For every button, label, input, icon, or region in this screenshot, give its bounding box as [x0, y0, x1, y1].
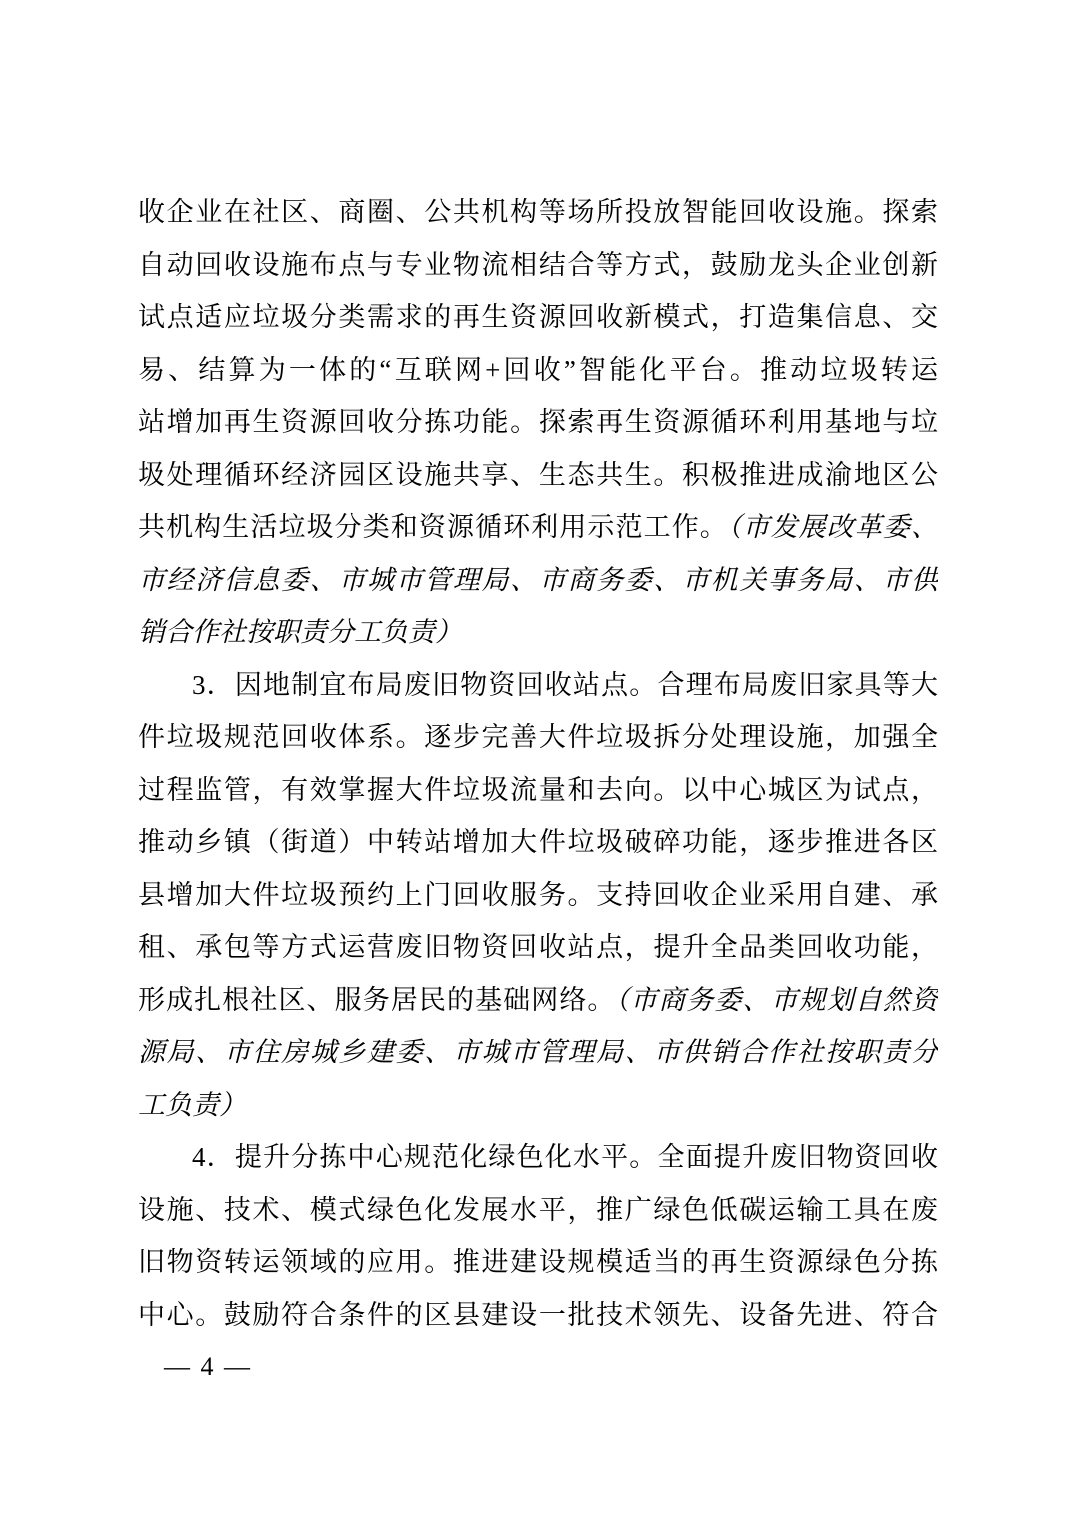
text-line: 试点适应垃圾分类需求的再生资源回收新模式，打造集信息、交 [138, 291, 938, 344]
department-annotation: （市商务委、市规划自然资 [616, 985, 938, 1015]
text-line: 易、结算为一体的“互联网+回收”智能化平台。推动垃圾转运 [138, 344, 938, 397]
body-text: 租、承包等方式运营废旧物资回收站点，提升全品类回收功能， [138, 932, 938, 962]
body-text: 设施、技术、模式绿色化发展水平，推广绿色低碳运输工具在废 [138, 1195, 938, 1225]
body-text: 4．提升分拣中心规范化绿色化水平。全面提升废旧物资回收 [192, 1142, 938, 1172]
body-text: 件垃圾规范回收体系。逐步完善大件垃圾拆分处理设施，加强全 [138, 722, 938, 752]
body-text: 形成扎根社区、服务居民的基础网络。 [138, 985, 616, 1015]
body-text: 圾处理循环经济园区设施共享、生态共生。积极推进成渝地区公 [138, 460, 938, 490]
body-text: 过程监管，有效掌握大件垃圾流量和去向。以中心城区为试点， [138, 775, 938, 805]
body-text: 站增加再生资源回收分拣功能。探索再生资源循环利用基地与垃 [138, 407, 938, 437]
text-line: 过程监管，有效掌握大件垃圾流量和去向。以中心城区为试点， [138, 764, 938, 817]
department-annotation: 销合作社按职责分工负责） [138, 617, 462, 647]
document-page: 收企业在社区、商圈、公共机构等场所投放智能回收设施。探索自动回收设施布点与专业物… [0, 0, 1075, 1521]
body-text: 试点适应垃圾分类需求的再生资源回收新模式，打造集信息、交 [138, 302, 938, 332]
text-line: 4．提升分拣中心规范化绿色化水平。全面提升废旧物资回收 [138, 1131, 938, 1184]
document-text: 收企业在社区、商圈、公共机构等场所投放智能回收设施。探索自动回收设施布点与专业物… [138, 186, 938, 1341]
text-line: 形成扎根社区、服务居民的基础网络。（市商务委、市规划自然资 [138, 974, 938, 1027]
body-text: 易、结算为一体的“互联网+回收”智能化平台。推动垃圾转运 [138, 355, 938, 385]
body-text: 自动回收设施布点与专业物流相结合等方式，鼓励龙头企业创新 [138, 250, 938, 280]
text-line: 自动回收设施布点与专业物流相结合等方式，鼓励龙头企业创新 [138, 239, 938, 292]
department-annotation: 源局、市住房城乡建委、市城市管理局、市供销合作社按职责分 [138, 1037, 938, 1067]
text-line: 源局、市住房城乡建委、市城市管理局、市供销合作社按职责分 [138, 1026, 938, 1079]
text-line: 租、承包等方式运营废旧物资回收站点，提升全品类回收功能， [138, 921, 938, 974]
text-line: 件垃圾规范回收体系。逐步完善大件垃圾拆分处理设施，加强全 [138, 711, 938, 764]
text-line: 旧物资转运领域的应用。推进建设规模适当的再生资源绿色分拣 [138, 1236, 938, 1289]
body-text: 共机构生活垃圾分类和资源循环利用示范工作。 [138, 512, 728, 542]
text-line: 市经济信息委、市城市管理局、市商务委、市机关事务局、市供 [138, 554, 938, 607]
body-text: 推动乡镇（街道）中转站增加大件垃圾破碎功能，逐步推进各区 [138, 827, 938, 857]
text-line: 3．因地制宜布局废旧物资回收站点。合理布局废旧家具等大 [138, 659, 938, 712]
text-line: 工负责） [138, 1079, 938, 1132]
text-line: 县增加大件垃圾预约上门回收服务。支持回收企业采用自建、承 [138, 869, 938, 922]
page-footer: — 4 — [164, 1347, 252, 1387]
text-line: 圾处理循环经济园区设施共享、生态共生。积极推进成渝地区公 [138, 449, 938, 502]
text-line: 收企业在社区、商圈、公共机构等场所投放智能回收设施。探索 [138, 186, 938, 239]
body-text: 县增加大件垃圾预约上门回收服务。支持回收企业采用自建、承 [138, 880, 938, 910]
text-line: 中心。鼓励符合条件的区县建设一批技术领先、设备先进、符合 [138, 1289, 938, 1342]
body-text: 旧物资转运领域的应用。推进建设规模适当的再生资源绿色分拣 [138, 1247, 938, 1277]
body-text: 中心。鼓励符合条件的区县建设一批技术领先、设备先进、符合 [138, 1300, 938, 1330]
text-line: 站增加再生资源回收分拣功能。探索再生资源循环利用基地与垃 [138, 396, 938, 449]
text-line: 推动乡镇（街道）中转站增加大件垃圾破碎功能，逐步推进各区 [138, 816, 938, 869]
text-line: 共机构生活垃圾分类和资源循环利用示范工作。（市发展改革委、 [138, 501, 938, 554]
department-annotation: （市发展改革委、 [728, 512, 938, 542]
department-annotation: 市经济信息委、市城市管理局、市商务委、市机关事务局、市供 [138, 565, 938, 595]
department-annotation: 工负责） [138, 1090, 246, 1120]
body-text: 收企业在社区、商圈、公共机构等场所投放智能回收设施。探索 [138, 197, 938, 227]
text-line: 设施、技术、模式绿色化发展水平，推广绿色低碳运输工具在废 [138, 1184, 938, 1237]
page-number: — 4 — [164, 1352, 252, 1381]
body-text: 3．因地制宜布局废旧物资回收站点。合理布局废旧家具等大 [192, 670, 938, 700]
text-line: 销合作社按职责分工负责） [138, 606, 938, 659]
